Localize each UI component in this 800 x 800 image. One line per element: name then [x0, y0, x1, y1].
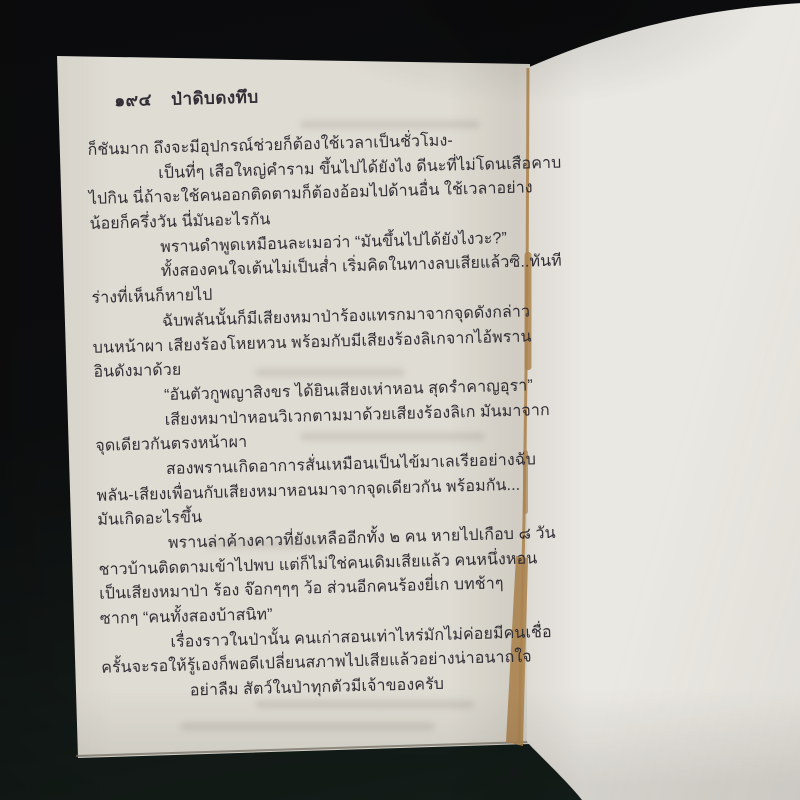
bleedthrough-mark	[180, 722, 435, 731]
page-text: ๑๙๔ ป่าดิบดงทึบ ก็ชันมาก ถึงจะมีอุปกรณ์ช…	[86, 77, 540, 707]
page-number: ๑๙๔	[114, 90, 152, 110]
running-head-title: ป่าดิบดงทึบ	[171, 87, 259, 108]
right-page	[527, 3, 800, 800]
body-lines: ก็ชันมาก ถึงจะมีอุปกรณ์ช่วยก็ต้องใช้เวลา…	[87, 128, 540, 707]
book-photo: ๑๙๔ ป่าดิบดงทึบ ก็ชันมาก ถึงจะมีอุปกรณ์ช…	[0, 0, 800, 800]
